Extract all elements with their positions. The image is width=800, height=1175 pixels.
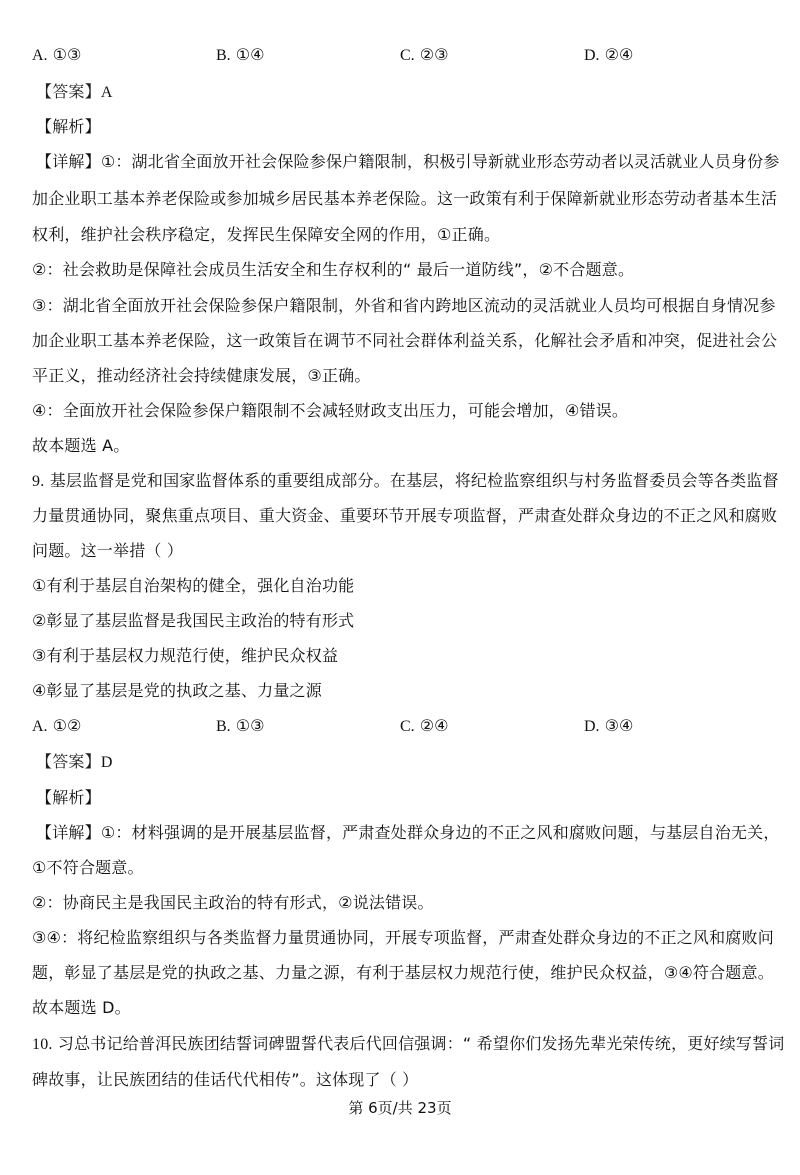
q10-stem-line-2: 碑故事，让民族团结的佳话代代相传”。这体现了（ ） bbox=[32, 1070, 418, 1090]
q8-answer: 【答案】A bbox=[36, 82, 113, 103]
q8-analysis-label: 【解析】 bbox=[36, 117, 101, 137]
stem-text: 习总书记给普洱民族团结誓词碑盟誓代表后代回信强调：“ 希望你们发扬先辈光荣传统，… bbox=[58, 1034, 785, 1053]
option-letter: C. bbox=[400, 47, 415, 64]
option-letter: D. bbox=[584, 718, 600, 735]
option-value: ①③ bbox=[53, 45, 82, 64]
answer-label: 【答案】 bbox=[36, 82, 101, 101]
answer-value: A bbox=[101, 84, 113, 101]
q9-statement-1: ①有利于基层自治架构的健全，强化自治功能 bbox=[32, 576, 354, 596]
q8-conclusion: 故本题选 A。 bbox=[32, 436, 129, 456]
q8-detail-line-1: 【详解】①：湖北省全面放开社会保险参保户籍限制，积极引导新就业形态劳动者以灵活就… bbox=[36, 152, 780, 172]
option-value: ②③ bbox=[420, 45, 449, 64]
q9-option-b: B. ①③ bbox=[216, 716, 264, 737]
q8-option-c: C. ②③ bbox=[400, 45, 448, 66]
question-number: 10. bbox=[32, 1036, 53, 1053]
option-value: ③④ bbox=[605, 716, 634, 735]
page-indicator: 第 6页/共 23页 bbox=[0, 1097, 800, 1118]
q8-detail-line-3: 权利，维护社会秩序稳定，发挥民生保障安全网的作用，①正确。 bbox=[32, 225, 500, 245]
option-value: ②④ bbox=[420, 716, 449, 735]
q9-analysis-label: 【解析】 bbox=[36, 788, 101, 808]
q9-stem-line-1: 9. 基层监督是党和国家监督体系的重要组成部分。在基层，将纪检监察组织与村务监督… bbox=[32, 471, 779, 492]
q9-answer: 【答案】D bbox=[36, 752, 113, 773]
q9-stem-line-3: 问题。这一举措（ ） bbox=[32, 541, 183, 561]
q9-stem-line-2: 力量贯通协同，聚焦重点项目、重大资金、重要环节开展专项监督，严肃查处群众身边的不… bbox=[32, 506, 777, 526]
q10-stem-line-1: 10. 习总书记给普洱民族团结誓词碑盟誓代表后代回信强调：“ 希望你们发扬先辈光… bbox=[32, 1034, 784, 1055]
q9-detail-line-1: 【详解】①：材料强调的是开展基层监督，严肃查处群众身边的不正之风和腐败问题，与基… bbox=[36, 823, 780, 843]
option-value: ①② bbox=[53, 716, 82, 735]
q8-detail-line-4: ②：社会救助是保障社会成员生活安全和生存权利的“ 最后一道防线”，②不合题意。 bbox=[32, 260, 634, 280]
detail-label: 【详解】 bbox=[36, 152, 101, 171]
q9-statement-2: ②彰显了基层监督是我国民主政治的特有形式 bbox=[32, 611, 354, 631]
option-value: ②④ bbox=[605, 45, 634, 64]
q8-detail-line-7: 平正义，推动经济社会持续健康发展，③正确。 bbox=[32, 366, 371, 386]
q9-statement-3: ③有利于基层权力规范行使，维护民众权益 bbox=[32, 646, 338, 666]
q9-option-a: A. ①② bbox=[32, 716, 81, 737]
option-value: ①④ bbox=[236, 45, 265, 64]
option-letter: B. bbox=[216, 718, 231, 735]
detail-text: ①：湖北省全面放开社会保险参保户籍限制，积极引导新就业形态劳动者以灵活就业人员身… bbox=[101, 152, 780, 171]
detail-label: 【详解】 bbox=[36, 823, 101, 842]
q8-detail-line-8: ④：全面放开社会保险参保户籍限制不会减轻财政支出压力，可能会增加，④错误。 bbox=[32, 401, 628, 421]
q8-detail-line-2: 加企业职工基本养老保险或参加城乡居民基本养老保险。这一政策有利于保障新就业形态劳… bbox=[32, 189, 777, 209]
q9-detail-line-3: ②：协商民主是我国民主政治的特有形式，②说法错误。 bbox=[32, 893, 434, 913]
option-letter: A. bbox=[32, 718, 48, 735]
stem-text: 基层监督是党和国家监督体系的重要组成部分。在基层，将纪检监察组织与村务监督委员会… bbox=[50, 471, 779, 490]
q9-detail-line-4: ③④：将纪检监察组织与各类监督力量贯通协同，开展专项监督，严肃查处群众身边的不正… bbox=[32, 928, 774, 948]
q9-detail-line-5: 题，彰显了基层是党的执政之基、力量之源，有利于基层权力规范行使，维护民众权益，③… bbox=[32, 963, 774, 983]
answer-value: D bbox=[101, 754, 113, 771]
option-letter: C. bbox=[400, 718, 415, 735]
q8-option-a: A. ①③ bbox=[32, 45, 81, 66]
q9-conclusion: 故本题选 D。 bbox=[32, 998, 131, 1018]
q8-option-d: D. ②④ bbox=[584, 45, 633, 66]
q9-option-d: D. ③④ bbox=[584, 716, 633, 737]
q9-detail-line-2: ①不符合题意。 bbox=[32, 858, 144, 878]
option-value: ①③ bbox=[236, 716, 265, 735]
q8-option-b: B. ①④ bbox=[216, 45, 264, 66]
q9-option-c: C. ②④ bbox=[400, 716, 448, 737]
detail-text: ①：材料强调的是开展基层监督，严肃查处群众身边的不正之风和腐败问题，与基层自治无… bbox=[101, 823, 780, 842]
answer-label: 【答案】 bbox=[36, 752, 101, 771]
question-number: 9. bbox=[32, 473, 44, 490]
option-letter: A. bbox=[32, 47, 48, 64]
q9-statement-4: ④彰显了基层是党的执政之基、力量之源 bbox=[32, 681, 322, 701]
q8-detail-line-5: ③：湖北省全面放开社会保险参保户籍限制，外省和省内跨地区流动的灵活就业人员均可根… bbox=[32, 296, 776, 316]
option-letter: D. bbox=[584, 47, 600, 64]
option-letter: B. bbox=[216, 47, 231, 64]
q8-detail-line-6: 加企业职工基本养老保险，这一政策旨在调节不同社会群体利益关系，化解社会矛盾和冲突… bbox=[32, 331, 777, 351]
